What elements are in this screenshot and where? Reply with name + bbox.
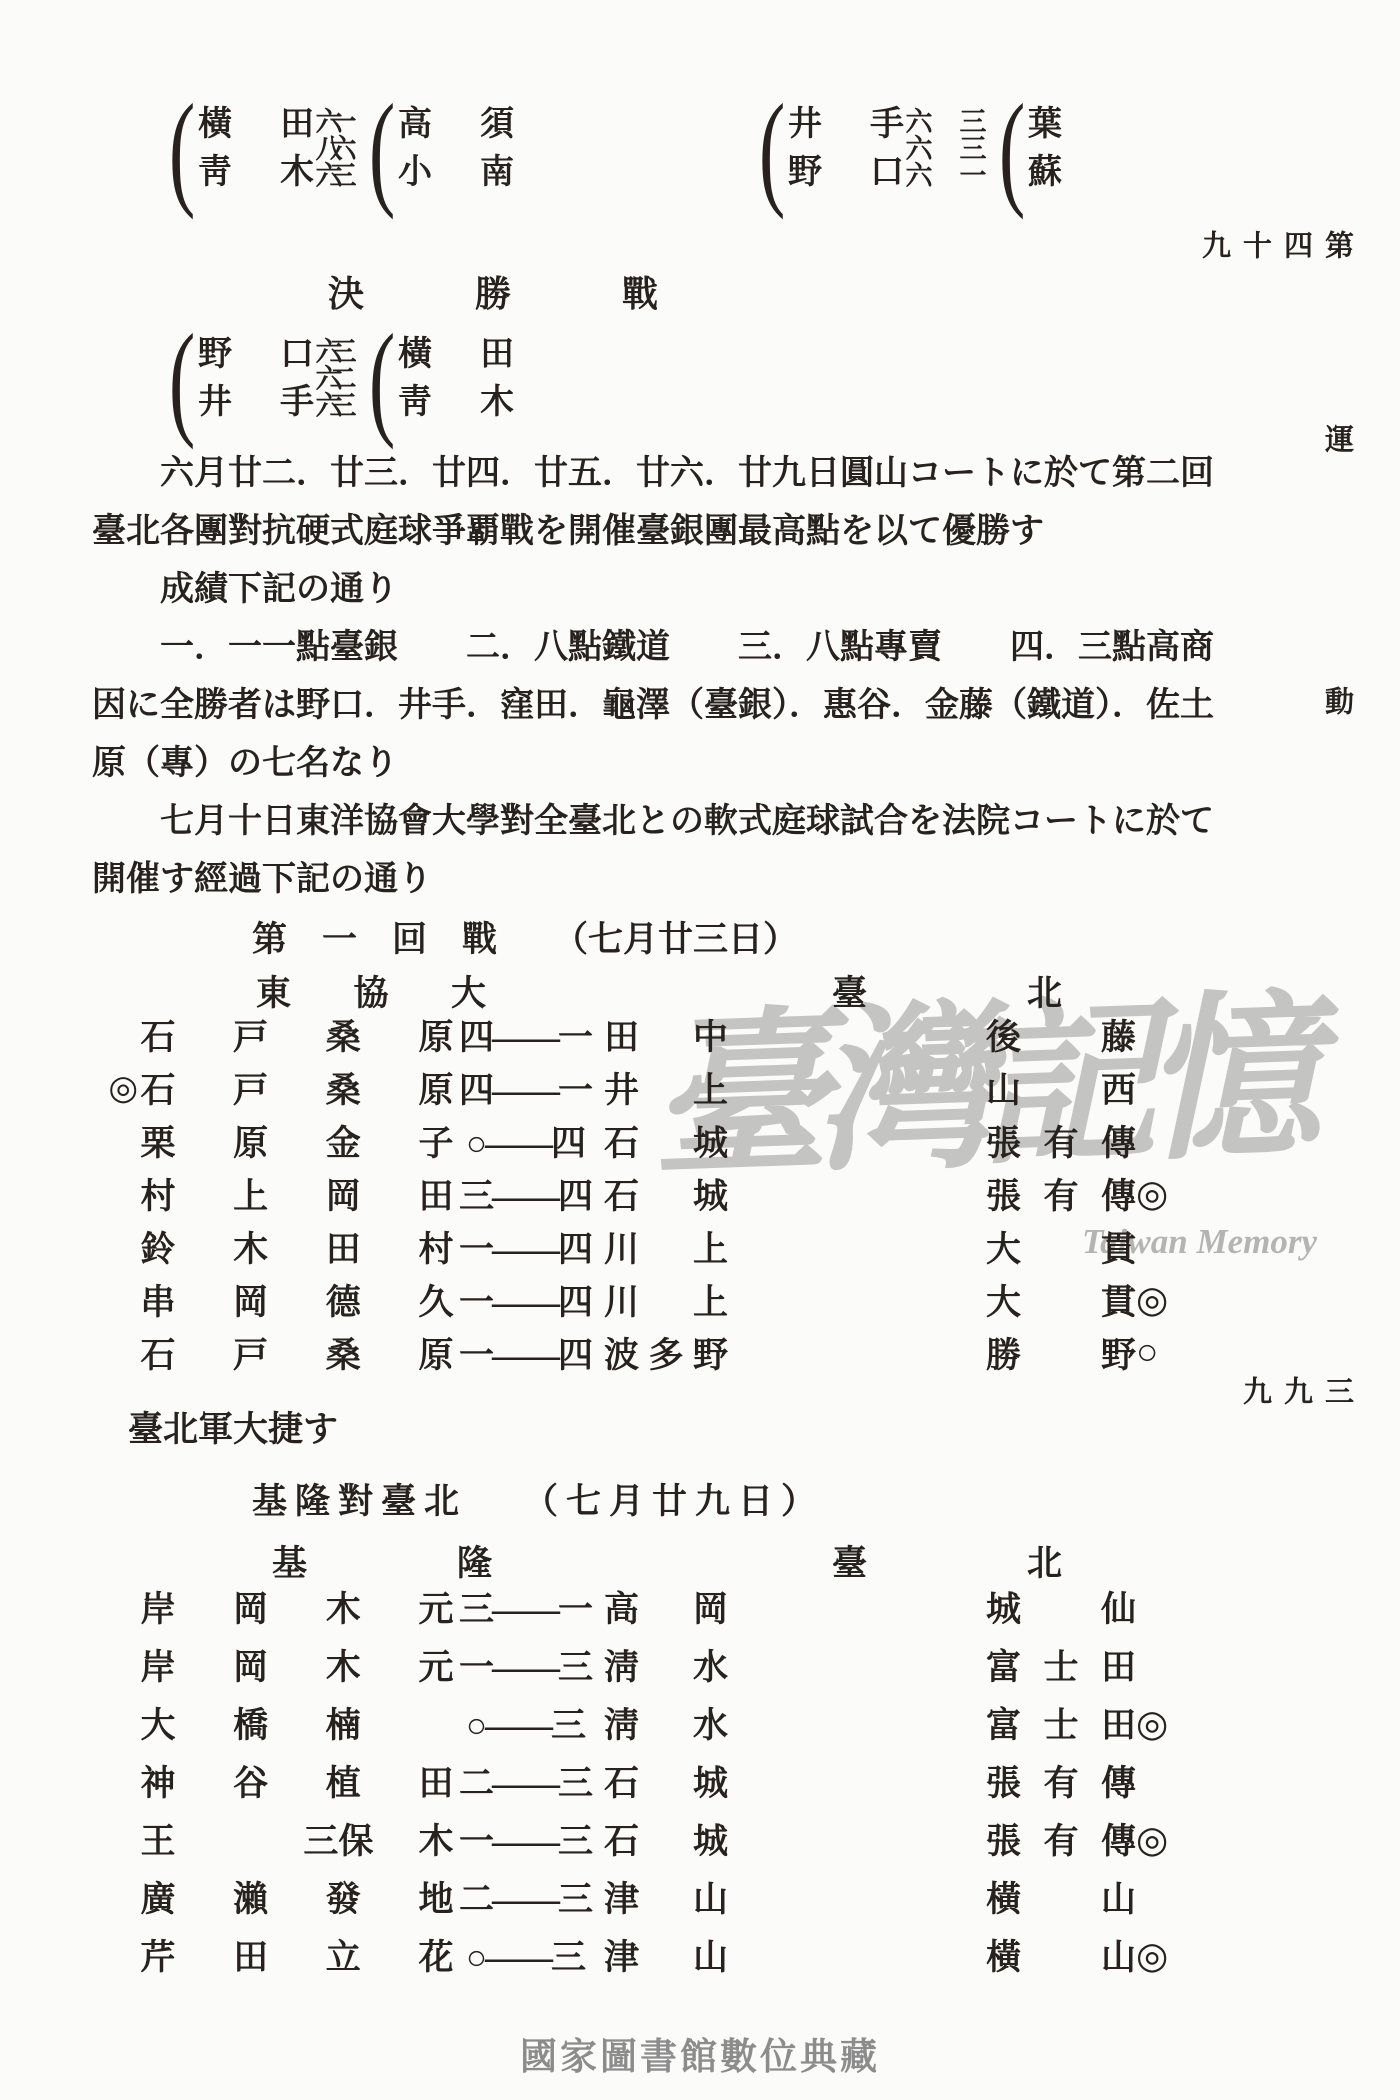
name-char: 芹 [138,1930,178,1980]
name-char: 石 [138,1063,178,1113]
text-line: 原（專）の七名なり [92,735,1180,793]
bracket-pair-yokota-aoki: ( 橫田 靑木 六 八 六 [162,96,344,202]
bracket-glyph: ( [759,99,781,199]
match2-results-table: 岸岡木元 三——一 高岡 城仙 岸岡木元 一——三 淸水 富士田 大橋楠 ○——… [0,1578,1400,1984]
set-scores: 三 三 一 [958,109,988,190]
game-score: 四——一 [456,1010,594,1060]
table-row: ◎ 石戸桑原 四——一 井上 山西 [0,1061,1400,1114]
bracket-pair-noguchi-ide: ( 野口 井手 六 六 六 [162,326,344,432]
name-char [416,1698,456,1748]
pair-right-first: 石城 [604,1169,728,1219]
game-score: 三——四 [456,1169,594,1219]
name-char: 植 [323,1756,363,1806]
margin-section-char-2: 動 [1322,686,1358,722]
set-score: 六 [904,136,934,163]
game-score: 一——三 [456,1640,594,1690]
match1-heading: 第 一 回 戰（七月廿三日） [252,912,798,962]
name-char: 田 [416,1169,456,1219]
name-char: 田 [323,1222,363,1272]
table-row: 栗原金子 ○——四 石城 張有傳 [0,1114,1400,1167]
table-row: 廣瀨發地 二——三 津山 橫山 [0,1868,1400,1926]
pair-right-first: 石城 [604,1116,728,1166]
name-char: 原 [416,1010,456,1060]
set-score: 二 [328,366,358,393]
pair-left: 岸岡木元 [138,1640,456,1690]
name-char: 串 [138,1275,178,1325]
pair-names: 井手 野口 [788,107,904,191]
name-char: 瀨 [231,1872,271,1922]
pair-right-second: 勝野 [986,1328,1136,1378]
name-char: 橋 [231,1698,271,1748]
pair-left: 大橋楠 [138,1698,456,1748]
pair-left: 石戸桑原 [138,1010,456,1060]
text-line: 因に全勝者は野口．井手．窪田．龜澤（臺銀）．惠谷．金藤（鐵道）．佐土 [92,677,1180,735]
player-name: 野口 [788,155,904,191]
set-scores: 一 六 三 [328,109,358,190]
name-char: 田 [231,1930,271,1980]
player-name: 井手 [788,107,904,143]
table-row: 神谷植田 二——三 石城 張有傳 [0,1752,1400,1810]
pair-right-second: 張有傳 [986,1756,1136,1806]
winner-mark: ◎ [1136,1277,1184,1322]
pair-right-second: 橫山 [986,1872,1136,1922]
pair-names: 橫田 靑木 [398,337,514,421]
game-score: 一——四 [456,1275,594,1325]
pair-left: 石戸桑原 [138,1063,456,1113]
pair-right-first: 波多野 [604,1328,728,1378]
match1-note: 臺北軍大捷す [128,1402,338,1452]
bracket-glyph: ( [999,99,1021,199]
name-char: 岡 [231,1275,271,1325]
pair-right-first: 淸水 [604,1640,728,1690]
name-char: 岸 [138,1640,178,1690]
name-char: 岡 [231,1582,271,1632]
winner-mark: ◎ [98,1068,138,1108]
match1-results-table: 石戸桑原 四——一 田中 後藤 ◎ 石戸桑原 四——一 井上 山西 栗原金子 ○… [0,1008,1400,1379]
name-char: 花 [416,1930,456,1980]
pair-left: 廣瀨發地 [138,1872,456,1922]
name-char: 谷 [231,1756,271,1806]
name-char: 地 [416,1872,456,1922]
pair-right-first: 津山 [604,1930,728,1980]
text-line: 臺北各團對抗硬式庭球爭覇戰を開催臺銀團最高點を以て優勝す [92,503,1180,561]
name-char: 木 [231,1222,271,1272]
set-scores: 三 二 三 [328,339,358,420]
name-char: 戸 [231,1328,271,1378]
pair-right-first: 井上 [604,1063,728,1113]
name-char: 金 [323,1116,363,1166]
game-score: 一——四 [456,1222,594,1272]
player-name: 小南 [398,155,514,191]
pair-right-second: 橫山 [986,1930,1136,1980]
body-text: 六月廿二．廿三．廿四．廿五．廿六．廿九日圓山コートに於て第二回 臺北各團對抗硬式… [92,445,1180,909]
pair-left: 石戸桑原 [138,1328,456,1378]
name-char: 岸 [138,1582,178,1632]
match1-date: （七月廿三日） [553,920,798,959]
pair-right-second: 山西 [986,1063,1136,1113]
pair-right-second: 張有傳 [986,1814,1136,1864]
bracket-pair-ide-noguchi: ( 井手 野口 六 六 六 [752,96,934,202]
name-char: 原 [416,1328,456,1378]
name-char: 楠 [323,1698,363,1748]
pair-left: 村上岡田 [138,1169,456,1219]
table-row: 芹田立花 ○——三 津山 橫山 ◎ [0,1926,1400,1984]
match1-title: 第 一 回 戰 [252,920,497,959]
pair-right-second: 後藤 [986,1010,1136,1060]
margin-page-number: 三九九 [1322,1376,1358,1412]
bracket-pair-takasu-konan: 一 六 三 ( 高須 小南 [328,96,514,202]
name-char: 大 [138,1698,178,1748]
name-char [221,1814,261,1864]
name-char: 發 [323,1872,363,1922]
game-score: ○——三 [456,1698,594,1748]
table-row: 大橋楠 ○——三 淸水 富士田 ◎ [0,1694,1400,1752]
player-name: 橫田 [198,107,314,143]
player-name: 靑木 [198,155,314,191]
name-char: 岡 [323,1169,363,1219]
bracket-pair-yokota-aoki-final: 三 二 三 ( 橫田 靑木 [328,326,514,432]
player-name: 葉 [1028,107,1144,143]
pair-right-second: 富士田 [986,1698,1136,1748]
table-row: 鈴木田村 一——四 川上 大貫 [0,1220,1400,1273]
text-line: 六月廿二．廿三．廿四．廿五．廿六．廿九日圓山コートに於て第二回 [92,445,1180,503]
table-row: 岸岡木元 一——三 淸水 富士田 [0,1636,1400,1694]
set-score: 六 [904,109,934,136]
table-row: 王三保木 一——三 石城 張有傳 ◎ [0,1810,1400,1868]
name-char: 鈴 [138,1222,178,1272]
pair-right-first: 高岡 [604,1582,728,1632]
pair-left: 芹田立花 [138,1930,456,1980]
table-row: 串岡德久 一——四 川上 大貫 ◎ [0,1273,1400,1326]
table-row: 石戸桑原 四——一 田中 後藤 [0,1008,1400,1061]
pair-names: 葉 蘇 [1028,107,1144,191]
set-score: 三 [328,339,358,366]
pair-names: 橫田 靑木 [198,107,314,191]
player-name: 野口 [198,337,314,373]
set-score: 三 [958,109,988,136]
pair-right-first: 田中 [604,1010,728,1060]
pair-right-second: 城仙 [986,1582,1136,1632]
player-name: 靑木 [398,385,514,421]
player-name: 高須 [398,107,514,143]
pair-right-second: 張有傳 [986,1116,1136,1166]
bracket-glyph: ( [369,99,391,199]
name-char: 元 [416,1582,456,1632]
bracket-pair-yo-so: 三 三 一 ( 葉 蘇 [958,96,1144,202]
pair-right-second: 張有傳 [986,1169,1136,1219]
name-char: 戸 [231,1063,271,1113]
pair-names: 野口 井手 [198,337,314,421]
set-score: 一 [958,163,988,190]
name-char: 立 [323,1930,363,1980]
pair-right-first: 石城 [604,1814,728,1864]
table-row: 村上岡田 三——四 石城 張有傳 ◎ [0,1167,1400,1220]
name-char: 桑 [323,1010,363,1060]
game-score: 一——四 [456,1328,594,1378]
library-footer-watermark: 國家圖書館數位典藏 [0,2026,1400,2080]
pair-left: 鈴木田村 [138,1222,456,1272]
name-char: 桑 [323,1328,363,1378]
name-char: 王 [138,1814,178,1864]
text-line: 一．一一點臺銀 二．八點鐵道 三．八點專賣 四．三點高商 [92,619,1180,677]
game-score: 三——一 [456,1582,594,1632]
set-score: 三 [328,163,358,190]
pair-right-second: 大貫 [986,1222,1136,1272]
set-score: 三 [328,393,358,420]
name-char: 德 [323,1275,363,1325]
name-char: 上 [231,1169,271,1219]
set-score: 一 [328,109,358,136]
bracket-glyph: ( [169,99,191,199]
set-score: 六 [328,136,358,163]
game-score: 二——三 [456,1756,594,1806]
name-char: 元 [416,1640,456,1690]
pair-left: 栗原金子 [138,1116,456,1166]
pair-right-first: 淸水 [604,1698,728,1748]
pair-left: 神谷植田 [138,1756,456,1806]
table-row: 石戸桑原 一——四 波多野 勝野 ○ [0,1326,1400,1379]
pair-right-first: 石城 [604,1756,728,1806]
pair-right-second: 大貫 [986,1275,1136,1325]
text-line: 開催す經過下記の通り [92,851,1180,909]
winner-mark: ◎ [1136,1701,1184,1746]
table-row: 岸岡木元 三——一 高岡 城仙 [0,1578,1400,1636]
name-char: 村 [416,1222,456,1272]
name-char: 岡 [231,1640,271,1690]
match2-title: 基隆對臺北 [252,1482,467,1521]
name-char: 戸 [231,1010,271,1060]
player-name: 井手 [198,385,314,421]
name-char: 木 [323,1640,363,1690]
game-score: 四——一 [456,1063,594,1113]
game-score: 一——三 [456,1814,594,1864]
name-char: 木 [416,1814,456,1864]
winner-mark: ◎ [1136,1171,1184,1216]
text-line: 成績下記の通り [92,561,1180,619]
pair-right-second: 富士田 [986,1640,1136,1690]
set-score: 六 [904,163,934,190]
name-char: 廣 [138,1872,178,1922]
margin-section-char-1: 運 [1322,424,1358,460]
name-char: 神 [138,1756,178,1806]
pair-left: 串岡德久 [138,1275,456,1325]
game-score: 二——三 [456,1872,594,1922]
margin-volume-number: 第四十九 [1322,230,1358,266]
pair-names: 高須 小南 [398,107,514,191]
game-score: ○——四 [456,1116,594,1166]
match2-heading: 基隆對臺北（七月廿九日） [252,1474,824,1524]
name-char: 木 [323,1582,363,1632]
name-char: 三保 [303,1814,373,1864]
pair-right-first: 津山 [604,1872,728,1922]
winner-mark: ◎ [1136,1817,1184,1862]
pair-left: 岸岡木元 [138,1582,456,1632]
name-char: 田 [416,1756,456,1806]
set-scores: 六 六 六 [904,109,934,190]
pair-right-first: 川上 [604,1222,728,1272]
winner-mark: ◎ [1136,1933,1184,1978]
bracket-glyph: ( [169,329,191,429]
game-score: ○——三 [456,1930,594,1980]
name-char: 子 [416,1116,456,1166]
text-line: 七月十日東洋協會大學對全臺北との軟式庭球試合を法院コートに於て [92,793,1180,851]
name-char: 石 [138,1010,178,1060]
set-score: 三 [958,136,988,163]
player-name: 橫田 [398,337,514,373]
pair-left: 王三保木 [138,1814,456,1864]
name-char: 久 [416,1275,456,1325]
player-name: 蘇 [1028,155,1144,191]
name-char: 村 [138,1169,178,1219]
name-char: 原 [231,1116,271,1166]
pair-right-first: 川上 [604,1275,728,1325]
winner-mark: ○ [1136,1331,1184,1374]
match2-date: （七月廿九日） [523,1482,824,1521]
name-char: 栗 [138,1116,178,1166]
name-char: 桑 [323,1063,363,1113]
bracket-glyph: ( [369,329,391,429]
name-char: 石 [138,1328,178,1378]
name-char: 原 [416,1063,456,1113]
